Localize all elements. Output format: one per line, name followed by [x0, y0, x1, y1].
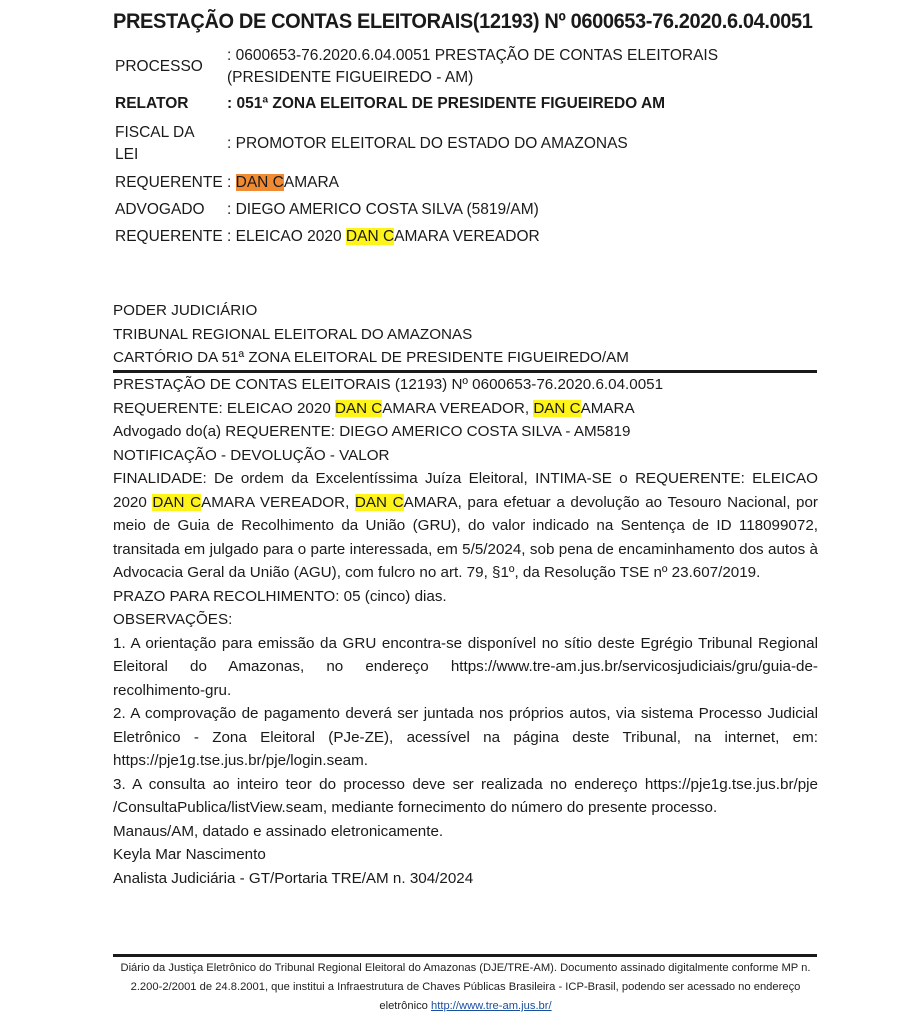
- field-advogado: ADVOGADO : DIEGO AMERICO COSTA SILVA (58…: [115, 196, 815, 223]
- notice-body: PRESTAÇÃO DE CONTAS ELEITORAIS (12193) N…: [113, 373, 818, 890]
- process-line: PRESTAÇÃO DE CONTAS ELEITORAIS (12193) N…: [113, 373, 818, 397]
- org-block: PODER JUDICIÁRIO TRIBUNAL REGIONAL ELEIT…: [113, 299, 818, 370]
- field-value: : PROMOTOR ELEITORAL DO ESTADO DO AMAZON…: [227, 133, 815, 155]
- footer: Diário da Justiça Eletrônico do Tribunal…: [113, 959, 818, 1016]
- field-fiscal: FISCAL DA LEI : PROMOTOR ELEITORAL DO ES…: [115, 118, 815, 170]
- search-highlight: DAN C: [355, 494, 404, 511]
- value-suffix: AMARA: [284, 174, 339, 191]
- field-value: : DIEGO AMERICO COSTA SILVA (5819/AM): [227, 199, 815, 221]
- observation-1: 1. A orientação para emissão da GRU enco…: [113, 632, 818, 703]
- search-highlight-active: DAN C: [236, 174, 284, 191]
- observation-2: 2. A comprovação de pagamento deverá ser…: [113, 702, 818, 773]
- text: REQUERENTE: ELEICAO 2020: [113, 400, 335, 417]
- observacoes-label: OBSERVAÇÕES:: [113, 608, 818, 632]
- org-line-3: CARTÓRIO DA 51ª ZONA ELEITORAL DE PRESID…: [113, 346, 818, 370]
- org-line-1: PODER JUDICIÁRIO: [113, 299, 818, 323]
- notificacao-line: NOTIFICAÇÃO - DEVOLUÇÃO - VALOR: [113, 444, 818, 468]
- field-value: : ELEICAO 2020 DAN CAMARA VEREADOR: [227, 226, 815, 248]
- search-highlight: DAN C: [152, 494, 201, 511]
- footer-link[interactable]: http://www.tre-am.jus.br/: [431, 1000, 552, 1012]
- observation-3: 3. A consulta ao inteiro teor do process…: [113, 773, 818, 820]
- document-title: PRESTAÇÃO DE CONTAS ELEITORAIS(12193) Nº…: [113, 9, 813, 34]
- signer-name: Keyla Mar Nascimento: [113, 843, 818, 867]
- footer-divider: [113, 954, 817, 957]
- closing-line: Manaus/AM, datado e assinado eletronicam…: [113, 820, 818, 844]
- header-fields: PROCESSO : 0600653-76.2020.6.04.0051 PRE…: [115, 44, 815, 250]
- signer-role: Analista Judiciária - GT/Portaria TRE/AM…: [113, 867, 818, 891]
- value-suffix: AMARA VEREADOR: [394, 228, 540, 245]
- search-highlight: DAN C: [533, 400, 580, 417]
- text: AMARA VEREADOR,: [201, 494, 355, 511]
- field-label: ADVOGADO: [115, 199, 227, 221]
- prazo-line: PRAZO PARA RECOLHIMENTO: 05 (cinco) dias…: [113, 585, 818, 609]
- field-requerente-1: REQUERENTE : DAN CAMARA: [115, 170, 815, 196]
- field-label: RELATOR: [115, 93, 227, 115]
- requerente-line: REQUERENTE: ELEICAO 2020 DAN CAMARA VERE…: [113, 397, 818, 421]
- value-prefix: :: [227, 174, 236, 191]
- text: AMARA: [581, 400, 635, 417]
- advogado-line: Advogado do(a) REQUERENTE: DIEGO AMERICO…: [113, 420, 818, 444]
- field-value: : DAN CAMARA: [227, 172, 815, 194]
- field-value: : 0600653-76.2020.6.04.0051 PRESTAÇÃO DE…: [227, 45, 815, 89]
- field-label: FISCAL DA LEI: [115, 122, 215, 166]
- field-relator: RELATOR : 051ª ZONA ELEITORAL DE PRESIDE…: [115, 90, 815, 118]
- search-highlight: DAN C: [346, 228, 394, 245]
- value-prefix: : ELEICAO 2020: [227, 228, 346, 245]
- org-line-2: TRIBUNAL REGIONAL ELEITORAL DO AMAZONAS: [113, 323, 818, 347]
- field-label: REQUERENTE: [115, 226, 227, 248]
- field-label: PROCESSO: [115, 56, 227, 78]
- finalidade-paragraph: FINALIDADE: De ordem da Excelentíssima J…: [113, 467, 818, 585]
- field-requerente-2: REQUERENTE : ELEICAO 2020 DAN CAMARA VER…: [115, 223, 815, 250]
- search-highlight: DAN C: [335, 400, 382, 417]
- text: AMARA VEREADOR,: [382, 400, 533, 417]
- field-processo: PROCESSO : 0600653-76.2020.6.04.0051 PRE…: [115, 44, 815, 90]
- field-value: : 051ª ZONA ELEITORAL DE PRESIDENTE FIGU…: [227, 93, 815, 115]
- field-label: REQUERENTE: [115, 172, 227, 194]
